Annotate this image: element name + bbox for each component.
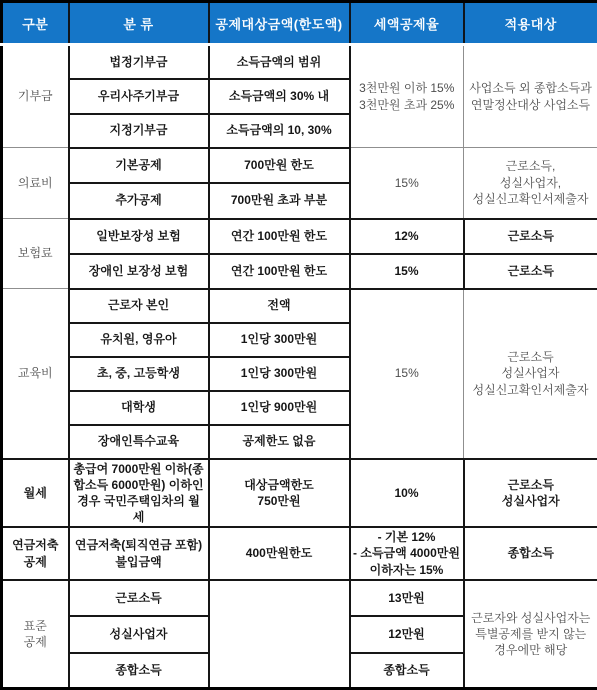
header-row: 구분 분 류 공제대상금액(한도액) 세액공제율 적용대상 xyxy=(2,2,597,45)
classification-cell: 초, 중, 고등학생 xyxy=(69,357,209,391)
col-header-amount-limit: 공제대상금액(한도액) xyxy=(209,2,350,45)
group-category-donation: 기부금 xyxy=(2,45,69,148)
table-row: 보험료 일반보장성 보험 연간 100만원 한도 12% 근로소득 xyxy=(2,219,597,254)
classification-cell: 장애인특수교육 xyxy=(69,425,209,459)
amount-cell: 700만원 한도 xyxy=(209,148,350,183)
target-cell: 근로자와 성실사업자는 특별공제를 받지 않는 경우에만 해당 xyxy=(464,580,597,689)
amount-cell: 소득금액의 10, 30% xyxy=(209,114,350,148)
amount-cell: 1인당 300만원 xyxy=(209,323,350,357)
amount-cell: 대상금액한도 750만원 xyxy=(209,459,350,528)
amount-cell: 소득금액의 30% 내 xyxy=(209,79,350,114)
classification-cell: 총급여 7000만원 이하(종 합소득 6000만원) 이하인 경우 국민주택임… xyxy=(69,459,209,528)
amount-cell: 1인당 900만원 xyxy=(209,391,350,425)
rate-cell: 10% xyxy=(350,459,464,528)
classification-cell: 근로자 본인 xyxy=(69,289,209,323)
classification-cell: 기본공제 xyxy=(69,148,209,183)
group-category-rent: 월세 xyxy=(2,459,69,528)
target-cell: 종합소득 xyxy=(464,527,597,580)
amount-cell: 전액 xyxy=(209,289,350,323)
rate-cell: 12% xyxy=(350,219,464,254)
group-category-pension: 연금저축 공제 xyxy=(2,527,69,580)
table-row: 교육비 근로자 본인 전액 15% 근로소득 성실사업자 성실신고확인서제출자 xyxy=(2,289,597,323)
tax-deduction-page: 구분 분 류 공제대상금액(한도액) 세액공제율 적용대상 기부금 법정기부금 … xyxy=(0,0,597,677)
table-row: 기부금 법정기부금 소득금액의 범위 3천만원 이하 15% 3천만원 초과 2… xyxy=(2,45,597,79)
classification-cell: 법정기부금 xyxy=(69,45,209,79)
table-row: 장애인 보장성 보험 연간 100만원 한도 15% 근로소득 xyxy=(2,254,597,289)
classification-cell: 연금저축(퇴직연금 포함) 불입금액 xyxy=(69,527,209,580)
tax-deduction-table: 구분 분 류 공제대상금액(한도액) 세액공제율 적용대상 기부금 법정기부금 … xyxy=(0,0,597,690)
rate-cell: 12만원 xyxy=(350,616,464,653)
amount-cell: 400만원한도 xyxy=(209,527,350,580)
table-row: 표준 공제 근로소득 13만원 근로자와 성실사업자는 특별공제를 받지 않는 … xyxy=(2,580,597,616)
rate-cell: 13만원 xyxy=(350,580,464,616)
amount-cell-empty xyxy=(209,580,350,689)
col-header-applicable: 적용대상 xyxy=(464,2,597,45)
group-category-insurance: 보험료 xyxy=(2,219,69,289)
rate-cell: 15% xyxy=(350,254,464,289)
group-category-education: 교육비 xyxy=(2,289,69,459)
table-row: 월세 총급여 7000만원 이하(종 합소득 6000만원) 이하인 경우 국민… xyxy=(2,459,597,528)
col-header-classification: 분 류 xyxy=(69,2,209,45)
target-cell: 사업소득 외 종합소득과 연말정산대상 사업소득 xyxy=(464,45,597,148)
rate-cell: 15% xyxy=(350,289,464,459)
col-header-credit-rate: 세액공제율 xyxy=(350,2,464,45)
amount-cell: 연간 100만원 한도 xyxy=(209,254,350,289)
table-row: 의료비 기본공제 700만원 한도 15% 근로소득, 성실사업자, 성실신고확… xyxy=(2,148,597,183)
group-category-standard: 표준 공제 xyxy=(2,580,69,689)
classification-cell: 유치원, 영유아 xyxy=(69,323,209,357)
target-cell: 근로소득 성실사업자 성실신고확인서제출자 xyxy=(464,289,597,459)
rate-cell: - 기본 12% - 소득금액 4000만원 이하자는 15% xyxy=(350,527,464,580)
classification-cell: 우리사주기부금 xyxy=(69,79,209,114)
target-cell: 근로소득 xyxy=(464,219,597,254)
table-row: 연금저축 공제 연금저축(퇴직연금 포함) 불입금액 400만원한도 - 기본 … xyxy=(2,527,597,580)
classification-cell: 종합소득 xyxy=(69,653,209,689)
classification-cell: 일반보장성 보험 xyxy=(69,219,209,254)
rate-cell: 3천만원 이하 15% 3천만원 초과 25% xyxy=(350,45,464,148)
classification-cell: 지정기부금 xyxy=(69,114,209,148)
classification-cell: 근로소득 xyxy=(69,580,209,616)
classification-cell: 추가공제 xyxy=(69,183,209,219)
target-cell: 근로소득 성실사업자 xyxy=(464,459,597,528)
col-header-category: 구분 xyxy=(2,2,69,45)
classification-cell: 장애인 보장성 보험 xyxy=(69,254,209,289)
target-cell: 근로소득, 성실사업자, 성실신고확인서제출자 xyxy=(464,148,597,219)
amount-cell: 공제한도 없음 xyxy=(209,425,350,459)
rate-cell: 15% xyxy=(350,148,464,219)
group-category-medical: 의료비 xyxy=(2,148,69,219)
amount-cell: 1인당 300만원 xyxy=(209,357,350,391)
amount-cell: 700만원 초과 부분 xyxy=(209,183,350,219)
rate-cell: 종합소득 xyxy=(350,653,464,689)
classification-cell: 성실사업자 xyxy=(69,616,209,653)
classification-cell: 대학생 xyxy=(69,391,209,425)
amount-cell: 연간 100만원 한도 xyxy=(209,219,350,254)
amount-cell: 소득금액의 범위 xyxy=(209,45,350,79)
target-cell: 근로소득 xyxy=(464,254,597,289)
